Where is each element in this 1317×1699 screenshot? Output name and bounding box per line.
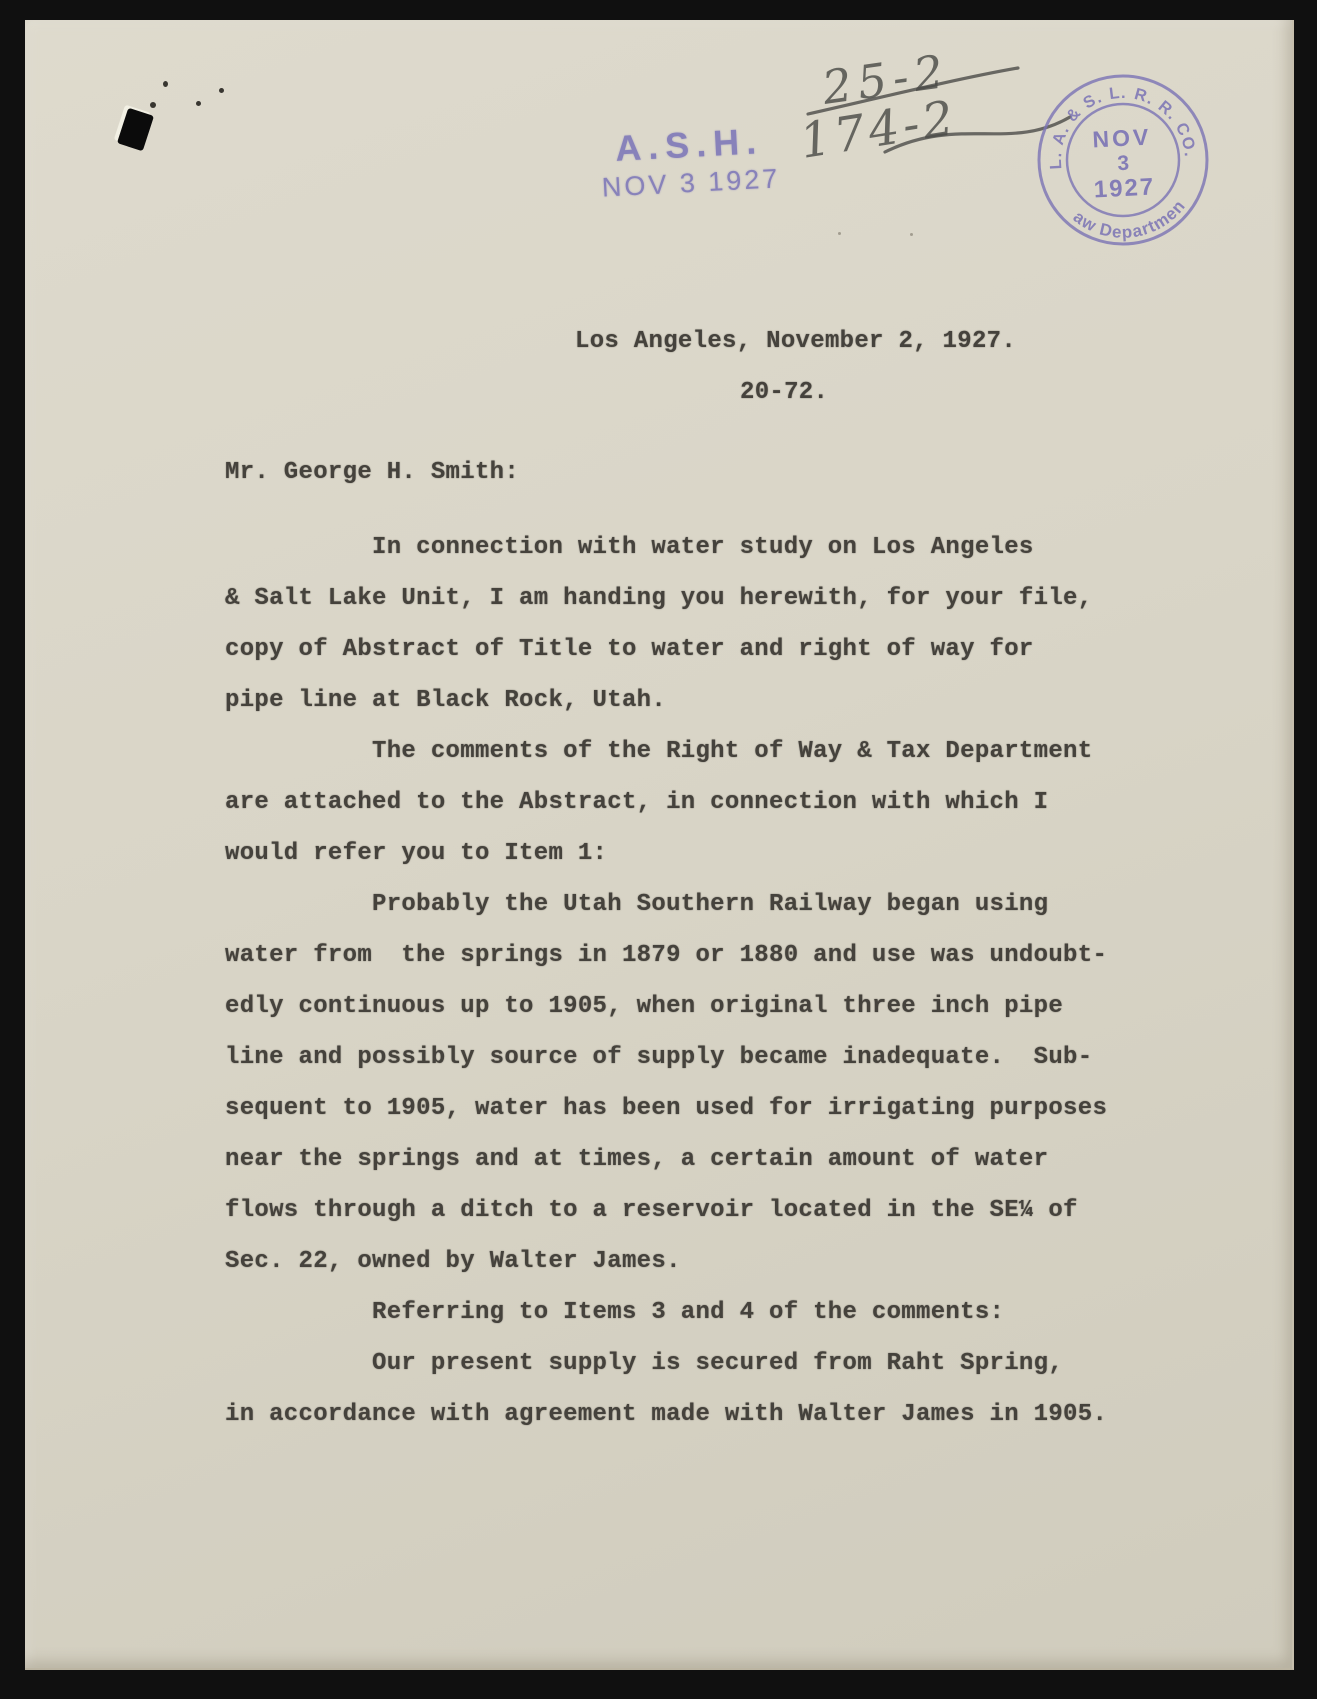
letter-dateline: Los Angeles, November 2, 1927. [575, 316, 1016, 367]
letter-body-line: Referring to Items 3 and 4 of the commen… [225, 1287, 1107, 1338]
letter-paper: A.S.H. NOV 3 1927 25-2 174-2 L. A. & S. … [25, 20, 1294, 1670]
pencil-note-current: 174-2 [796, 90, 961, 170]
letter-body-line: sequent to 1905, water has been used for… [225, 1083, 1107, 1134]
pin-hole [163, 81, 168, 87]
stamp-date-year: 1927 [1093, 173, 1156, 203]
law-department-stamp: L. A. & S. L. R. R. CO. Law Department N… [1008, 45, 1238, 275]
letter-body: In connection with water study on Los An… [225, 522, 1107, 1440]
letter-body-line: pipe line at Black Rock, Utah. [225, 675, 1107, 726]
stamp-date-month: NOV [1092, 124, 1152, 153]
scanned-letter-page: { "scan": { "background_color": "#101010… [0, 0, 1317, 1699]
letter-body-line: are attached to the Abstract, in connect… [225, 777, 1107, 828]
punch-hole [117, 108, 154, 152]
letter-body-line: in accordance with agreement made with W… [225, 1389, 1107, 1440]
letter-body-line: would refer you to Item 1: [225, 828, 1107, 879]
stamp-date-day: 3 [1117, 152, 1130, 176]
letter-body-line: Our present supply is secured from Raht … [225, 1338, 1107, 1389]
letter-file-number: 20-72. [740, 367, 828, 418]
letter-salutation: Mr. George H. Smith: [225, 447, 519, 498]
letter-body-line: & Salt Lake Unit, I am handing you herew… [225, 573, 1107, 624]
letter-body-line: line and possibly source of supply becam… [225, 1032, 1107, 1083]
letter-body-line: water from the springs in 1879 or 1880 a… [225, 930, 1107, 981]
letter-body-line: Probably the Utah Southern Railway began… [225, 879, 1107, 930]
pin-hole [219, 88, 224, 93]
letter-body-line: copy of Abstract of Title to water and r… [225, 624, 1107, 675]
letter-body-line: near the springs and at times, a certain… [225, 1134, 1107, 1185]
letter-body-line: In connection with water study on Los An… [225, 522, 1107, 573]
pin-hole [196, 101, 201, 106]
letter-body-line: Sec. 22, owned by Walter James. [225, 1236, 1107, 1287]
paper-speck [910, 233, 913, 236]
pin-hole [150, 102, 156, 108]
letter-body-line: flows through a ditch to a reservoir loc… [225, 1185, 1107, 1236]
letter-body-line: edly continuous up to 1905, when origina… [225, 981, 1107, 1032]
letter-body-line: The comments of the Right of Way & Tax D… [225, 726, 1107, 777]
paper-speck [838, 232, 841, 235]
